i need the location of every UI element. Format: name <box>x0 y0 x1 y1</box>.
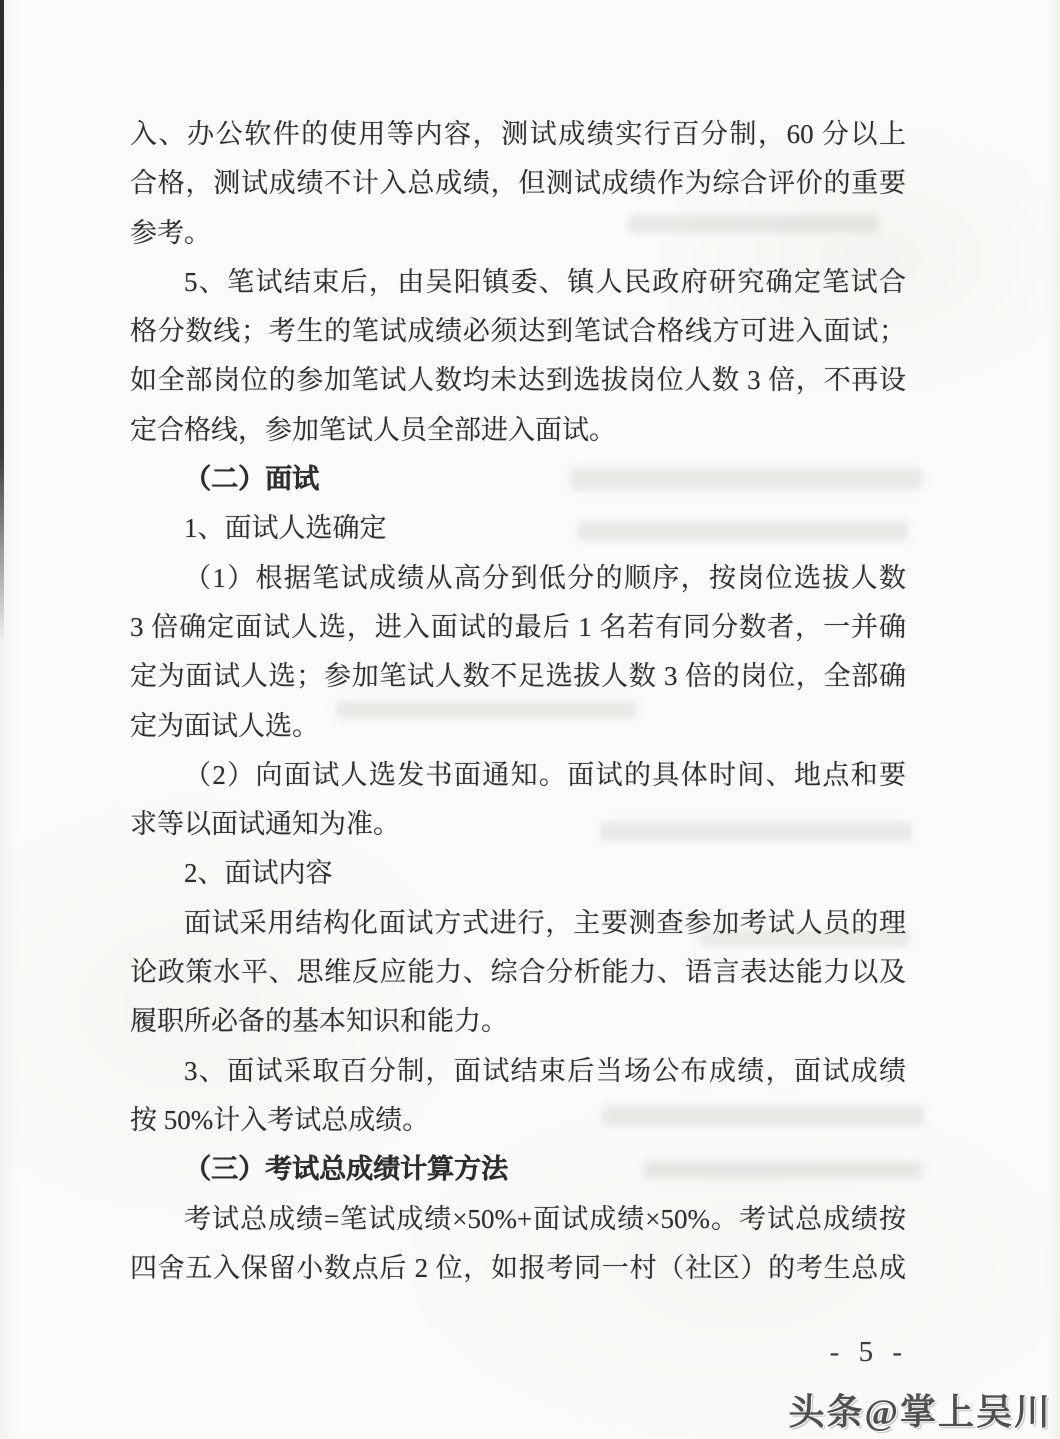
paragraph: 3、面试采取百分制，面试结束后当场公布成绩，面试成绩 按 50%计入考试总成绩。 <box>130 1047 906 1146</box>
text-line: 四舍五入保留小数点后 2 位，如报考同一村（社区）的考生总成 <box>130 1244 906 1293</box>
paragraph: （2）向面试人选发书面通知。面试的具体时间、地点和要 求等以面试通知为准。 <box>130 751 906 850</box>
section-heading: （三）考试总成绩计算方法 <box>130 1145 906 1194</box>
page-number: - 5 - <box>830 1336 908 1369</box>
paragraph: 1、面试人选确定 <box>130 504 906 553</box>
paragraph: 2、面试内容 <box>130 849 906 898</box>
text-line: 3、面试采取百分制，面试结束后当场公布成绩，面试成绩 <box>130 1047 906 1096</box>
watermark: 头条@掌上吴川 <box>789 1384 1053 1435</box>
scan-edge-artifact <box>0 0 4 645</box>
text-line: （2）向面试人选发书面通知。面试的具体时间、地点和要 <box>130 751 906 800</box>
text-line: 2、面试内容 <box>130 849 906 898</box>
paragraph: 面试采用结构化面试方式进行，主要测查参加考试人员的理 论政策水平、思维反应能力、… <box>130 899 906 1047</box>
text-line: （二）面试 <box>130 455 906 504</box>
section-heading: （二）面试 <box>130 455 906 504</box>
text-line: 面试采用结构化面试方式进行，主要测查参加考试人员的理 <box>130 899 906 948</box>
scanned-document-page: 入、办公软件的使用等内容，测试成绩实行百分制，60 分以上 合格，测试成绩不计入… <box>0 0 1060 1439</box>
document-body: 入、办公软件的使用等内容，测试成绩实行百分制，60 分以上 合格，测试成绩不计入… <box>130 110 906 1293</box>
text-line: 入、办公软件的使用等内容，测试成绩实行百分制，60 分以上 <box>130 110 906 159</box>
text-line: 格分数线；考生的笔试成绩必须达到笔试合格线方可进入面试； <box>130 307 906 356</box>
text-line: 论政策水平、思维反应能力、综合分析能力、语言表达能力以及 <box>130 948 906 997</box>
text-line: 定合格线，参加笔试人员全部进入面试。 <box>130 406 906 455</box>
text-line: 定为面试人选；参加笔试人数不足选拔人数 3 倍的岗位，全部确 <box>130 652 906 701</box>
text-line: 3 倍确定面试人选，进入面试的最后 1 名若有同分数者，一并确 <box>130 603 906 652</box>
text-line: 5、笔试结束后，由吴阳镇委、镇人民政府研究确定笔试合 <box>130 258 906 307</box>
paragraph: 5、笔试结束后，由吴阳镇委、镇人民政府研究确定笔试合 格分数线；考生的笔试成绩必… <box>130 258 906 455</box>
text-line: 考试总成绩=笔试成绩×50%+面试成绩×50%。考试总成绩按 <box>130 1195 906 1244</box>
paragraph: 入、办公软件的使用等内容，测试成绩实行百分制，60 分以上 合格，测试成绩不计入… <box>130 110 906 258</box>
paragraph: 考试总成绩=笔试成绩×50%+面试成绩×50%。考试总成绩按 四舍五入保留小数点… <box>130 1195 906 1294</box>
text-line: 履职所必备的基本知识和能力。 <box>130 997 906 1046</box>
paragraph: （1）根据笔试成绩从高分到低分的顺序，按岗位选拔人数 3 倍确定面试人选，进入面… <box>130 554 906 751</box>
text-line: 参考。 <box>130 209 906 258</box>
text-line: （三）考试总成绩计算方法 <box>130 1145 906 1194</box>
text-line: 1、面试人选确定 <box>130 504 906 553</box>
text-line: 定为面试人选。 <box>130 702 906 751</box>
text-line: 合格，测试成绩不计入总成绩，但测试成绩作为综合评价的重要 <box>130 159 906 208</box>
text-line: 求等以面试通知为准。 <box>130 800 906 849</box>
text-line: （1）根据笔试成绩从高分到低分的顺序，按岗位选拔人数 <box>130 554 906 603</box>
text-line: 如全部岗位的参加笔试人数均未达到选拔岗位人数 3 倍，不再设 <box>130 356 906 405</box>
text-line: 按 50%计入考试总成绩。 <box>130 1096 906 1145</box>
